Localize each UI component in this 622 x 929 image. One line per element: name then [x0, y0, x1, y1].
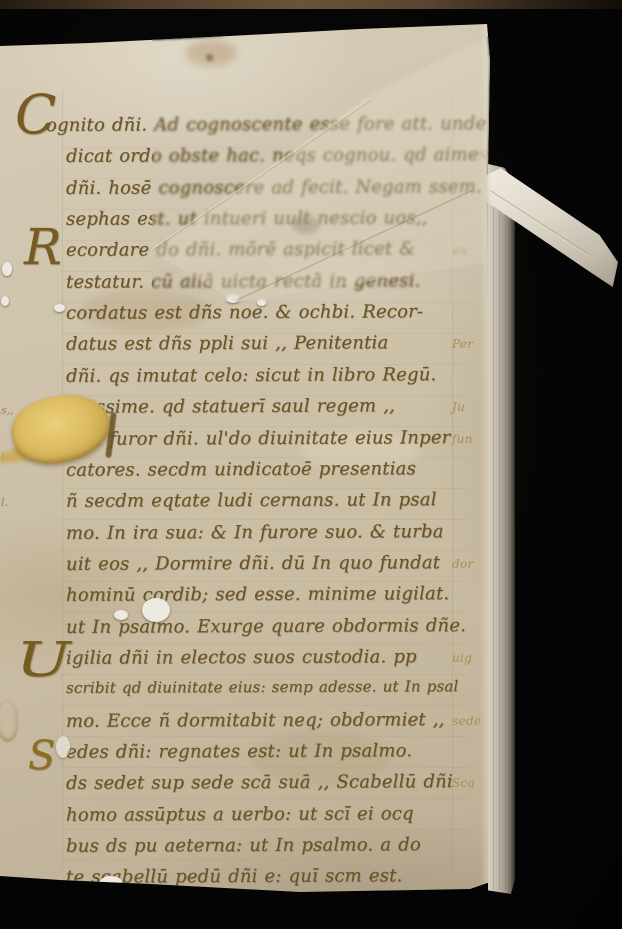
marginal-gloss: N [478, 149, 489, 163]
parchment-hole [114, 610, 128, 620]
manuscript-line: ñ secdm eqtate ludi cernans. ut In psal [66, 489, 437, 512]
manuscript-line: ssime. qd statuerī saul regem ,, [96, 395, 395, 417]
parchment-hole [226, 294, 240, 303]
manuscript-line: ognito dñi. Ad cognoscente esse fore att… [46, 113, 486, 136]
marginal-gloss: uig [452, 651, 472, 665]
manuscript-line: datus est dñs ppli sui ,, Penitentia [66, 332, 389, 354]
marginal-gloss: uu [452, 243, 468, 257]
manuscript-line: cordatus est dñs noe. & ochbi. Recor- [66, 301, 423, 324]
manuscript-page: ognito dñi. Ad cognoscente esse fore att… [0, 0, 622, 929]
initial-letter: U [16, 636, 71, 684]
left-edge-text-fragment: s,, [1, 404, 14, 417]
parchment-hole [1, 296, 9, 306]
photo-frame: ognito dñi. Ad cognoscente esse fore att… [0, 0, 622, 929]
wax-droplet [0, 700, 18, 742]
initial-letter: S [28, 736, 55, 776]
manuscript-line: igilia dñi in electos suos custodia. pp [66, 646, 417, 669]
manuscript-line: & furor dñi. ul'do diuinitate eius Inper [86, 427, 451, 450]
text-layer: ognito dñi. Ad cognoscente esse fore att… [0, 0, 622, 929]
manuscript-line: bus ds pu aeterna: ut In psalmo. a do [66, 834, 421, 857]
manuscript-line: catores. secdm uindicatoē presentias [66, 458, 416, 481]
marginal-gloss: Ju [452, 400, 465, 414]
marginal-gloss: dor [452, 557, 474, 571]
marginal-gloss: Sca [452, 776, 475, 790]
manuscript-line: testatur. cū aliā uicta rectā in genesi. [66, 270, 421, 293]
parchment-hole [100, 876, 122, 888]
manuscript-line: hominū cordib; sed esse. minime uigilat. [66, 583, 449, 606]
initial-letter: R [24, 222, 62, 272]
parchment-hole [54, 304, 65, 312]
initial-letter: C [15, 88, 56, 142]
manuscript-line: edes dñi: regnates est: ut In psalmo. [66, 740, 412, 763]
marginal-gloss: Per [452, 337, 473, 351]
manuscript-line: dñi. hosē cognoscere ad fecit. Negam sse… [66, 176, 482, 199]
parchment-hole [2, 262, 12, 276]
parchment-hole [142, 598, 170, 622]
manuscript-line: sephas est. ut intueri uult nescio uos,, [66, 207, 428, 230]
manuscript-line: mo. In ira sua: & In furore suo. & turba [66, 521, 444, 544]
manuscript-line: ds sedet sup sede scā suā ,, Scabellū dñ… [66, 771, 453, 794]
parchment-hole [257, 299, 266, 306]
manuscript-line: dicat ordo obste hac. neqs cognou. qd ai… [66, 144, 479, 167]
manuscript-line: mo. Ecce ñ dormitabit neq; obdormiet ,, [66, 709, 445, 732]
marginal-gloss: fun [452, 432, 473, 446]
backdrop-top-edge [0, 0, 622, 9]
manuscript-line: ecordare do dñi. mōrē aspicit licet & [66, 238, 415, 261]
manuscript-line: ut In psalmo. Exurge quare obdormis dñe. [66, 615, 466, 638]
manuscript-line: uit eos ,, Dormire dñi. dū In quo fundat [66, 552, 440, 575]
parchment-index-tab [486, 168, 618, 292]
manuscript-line: scribit qd diuinitate eius: semp adesse.… [66, 677, 459, 697]
marginal-gloss: sede [452, 714, 481, 728]
parchment-flake [56, 736, 70, 758]
manuscript-line: dñi. qs imutat celo: sicut in libro Regū… [66, 364, 436, 387]
manuscript-line: homo assūptus a uerbo: ut scī ei ocq [66, 803, 414, 826]
left-edge-text-fragment: l. [1, 496, 8, 509]
